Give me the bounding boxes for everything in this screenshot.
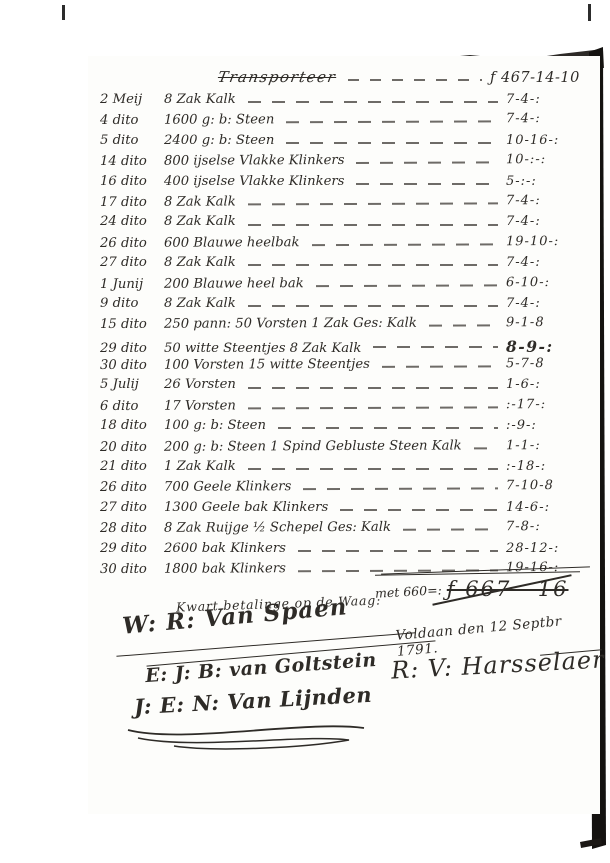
entry-description: 50 witte Steentjes 8 Zak Kalk <box>162 341 361 356</box>
entry-amount: 7-4-: <box>506 193 586 208</box>
entry-date: 4 dito <box>100 113 162 128</box>
entry-description: 1300 Geele bak Klinkers <box>162 500 328 515</box>
entry-amount: 9-1-8 <box>506 315 586 330</box>
ledger-row: 6 dito 17 Vorsten :-17-: <box>100 397 586 420</box>
entry-date: 29 dito <box>100 541 162 556</box>
entry-amount: 14-6-: <box>506 500 586 515</box>
entry-description: 2600 bak Klinkers <box>162 541 286 556</box>
entry-description: 8 Zak Kalk <box>162 194 236 209</box>
ledger-row: 5 dito 2400 g: b: Steen 10-16-: <box>100 133 586 153</box>
leader-dashes <box>348 79 482 81</box>
corner-tick-right <box>588 4 591 21</box>
total-prefix: met 660=: <box>375 582 442 600</box>
ledger-row: 4 dito 1600 g: b: Steen 7-4-: <box>100 111 586 134</box>
signature-van-lijnden: J: E: N: Van Lijnden <box>134 682 373 719</box>
ledger-row: 2 Meij 8 Zak Kalk 7-4-: <box>100 92 586 112</box>
transport-amount: ƒ 467-14-10 <box>490 70 586 86</box>
corner-mark-bottom-right <box>580 838 602 848</box>
leader-dashes <box>356 162 498 165</box>
entry-description: 700 Geele Klinkers <box>162 480 291 496</box>
ledger-page: Transporteer ƒ 467-14-10 2 Meij 8 Zak Ka… <box>88 56 600 814</box>
entry-amount: 7-8-: <box>506 519 586 534</box>
leader-dashes <box>382 366 498 369</box>
entry-amount: :-18-: <box>506 459 586 474</box>
leader-dashes <box>248 387 498 389</box>
entry-amount: 5-:-: <box>506 174 586 189</box>
leader-dashes <box>286 121 498 124</box>
leader-dashes <box>312 243 498 246</box>
entry-description: 1 Zak Kalk <box>162 459 236 474</box>
entry-date: 28 dito <box>100 521 162 536</box>
leader-dashes <box>356 183 498 185</box>
entry-amount: 10-16-: <box>506 133 586 148</box>
entry-description: 100 g: b: Steen <box>162 418 266 433</box>
leader-dashes <box>248 202 498 205</box>
ledger-row: 17 dito 8 Zak Kalk 7-4-: <box>100 193 586 216</box>
leader-dashes <box>474 447 498 449</box>
entry-date: 29 dito <box>100 341 162 356</box>
ledger-row: 18 dito 100 g: b: Steen :-9-: <box>100 418 586 438</box>
transport-row: Transporteer ƒ 467-14-10 <box>100 68 586 92</box>
leader-dashes <box>403 529 498 531</box>
entry-date: 30 dito <box>100 562 162 577</box>
ledger-row: 9 dito 8 Zak Kalk 7-4-: <box>100 296 586 316</box>
corner-tick-left <box>62 5 65 20</box>
ledger-row: 5 Julij 26 Vorsten 1-6-: <box>100 377 586 397</box>
entry-amount: 7-4-: <box>506 92 586 107</box>
entry-description: 1600 g: b: Steen <box>162 113 274 128</box>
ledger-row: 28 dito 8 Zak Ruijge ½ Schepel Ges: Kalk… <box>100 519 586 542</box>
entry-date: 1 Junij <box>100 276 162 291</box>
entry-date: 27 dito <box>100 255 162 270</box>
entry-amount: 7-4-: <box>506 255 586 270</box>
entry-description: 2400 g: b: Steen <box>162 133 274 148</box>
ledger-row: 14 dito 800 ijselse Vlakke Klinkers 10-:… <box>100 152 586 175</box>
entry-date: 17 dito <box>100 195 162 210</box>
transport-label: Transporteer <box>216 68 337 86</box>
entry-date: 18 dito <box>100 418 162 433</box>
leader-dashes <box>278 427 498 429</box>
leader-dashes <box>286 142 498 144</box>
ledger-row: 1 Junij 200 Blauwe heel bak 6-10-: <box>100 274 586 297</box>
entry-amount: 7-4-: <box>506 296 586 311</box>
entry-amount: 6-10-: <box>506 274 586 289</box>
signature-flourish <box>124 718 374 752</box>
ledger-row: 29 dito 2600 bak Klinkers 28-12-: <box>100 541 586 561</box>
entry-amount: 5-7-8 <box>506 356 586 371</box>
leader-dashes <box>303 488 498 491</box>
entry-description: 800 ijselse Vlakke Klinkers <box>162 153 345 169</box>
ledger-table: Transporteer ƒ 467-14-10 2 Meij 8 Zak Ka… <box>100 68 586 581</box>
entry-date: 14 dito <box>100 154 162 169</box>
entry-description: 100 Vorsten 15 witte Steentjes <box>162 357 370 373</box>
entry-date: 26 dito <box>100 480 162 495</box>
entry-amount: :-17-: <box>506 397 586 412</box>
ledger-row: 30 dito 100 Vorsten 15 witte Steentjes 5… <box>100 356 586 379</box>
entry-amount: 7-4-: <box>506 111 586 126</box>
entry-amount: 28-12-: <box>506 541 586 556</box>
entry-description: 8 Zak Kalk <box>162 92 236 107</box>
leader-dashes <box>248 224 498 226</box>
entry-date: 20 dito <box>100 439 162 454</box>
entry-amount: 7-4-: <box>506 214 586 229</box>
entry-amount: 1-6-: <box>506 377 586 392</box>
ledger-row: 24 dito 8 Zak Kalk 7-4-: <box>100 214 586 234</box>
entry-description: 1800 bak Klinkers <box>162 561 286 577</box>
entry-amount: 19-10-: <box>506 234 586 249</box>
ledger-row: 29 dito 50 witte Steentjes 8 Zak Kalk 8-… <box>100 337 586 357</box>
entry-date: 16 dito <box>100 174 162 189</box>
entry-description: 8 Zak Kalk <box>162 255 236 270</box>
entry-date: 24 dito <box>100 214 162 229</box>
leader-dashes <box>248 305 498 307</box>
entry-description: 250 pann: 50 Vorsten 1 Zak Ges: Kalk <box>162 316 417 332</box>
entry-date: 30 dito <box>100 358 162 373</box>
ledger-row: 27 dito 8 Zak Kalk 7-4-: <box>100 255 586 275</box>
entry-description: 200 Blauwe heel bak <box>162 276 304 292</box>
leader-dashes <box>340 509 498 511</box>
leader-dashes <box>429 325 498 327</box>
entry-date: 5 dito <box>100 133 162 148</box>
entry-amount: 7-10-8 <box>506 478 586 493</box>
ledger-row: 16 dito 400 ijselse Vlakke Klinkers 5-:-… <box>100 174 586 194</box>
leader-dashes <box>316 284 498 287</box>
entry-date: 9 dito <box>100 296 162 311</box>
entry-description: 8 Zak Kalk <box>162 214 236 229</box>
entry-date: 26 dito <box>100 236 162 251</box>
ledger-row: 27 dito 1300 Geele bak Klinkers 14-6-: <box>100 500 586 520</box>
total-amount-struck: ƒ 667 - 16 <box>447 577 569 601</box>
ledger-row: 26 dito 700 Geele Klinkers 7-10-8 <box>100 478 586 501</box>
entry-description: 8 Zak Ruijge ½ Schepel Ges: Kalk <box>162 520 391 536</box>
leader-dashes <box>248 406 498 409</box>
entry-description: 200 g: b: Steen 1 Spind Gebluste Steen K… <box>162 438 462 454</box>
entry-date: 27 dito <box>100 500 162 515</box>
total-block: met 660=: ƒ 667 - 16 <box>375 570 590 601</box>
entry-date: 15 dito <box>100 317 162 332</box>
leader-dashes <box>373 346 498 348</box>
leader-dashes <box>248 468 498 470</box>
leader-dashes <box>248 264 498 266</box>
ledger-row: 26 dito 600 Blauwe heelbak 19-10-: <box>100 234 586 257</box>
entry-date: 2 Meij <box>100 92 162 107</box>
ledger-row: 20 dito 200 g: b: Steen 1 Spind Gebluste… <box>100 438 586 461</box>
entry-amount-overwritten: 8-9-: <box>506 337 586 356</box>
entry-date: 6 dito <box>100 399 162 414</box>
entry-amount: 1-1-: <box>506 438 586 453</box>
entry-date: 5 Julij <box>100 377 162 392</box>
ledger-row: 21 dito 1 Zak Kalk :-18-: <box>100 459 586 479</box>
entry-description: 8 Zak Kalk <box>162 296 236 311</box>
ledger-row: 15 dito 250 pann: 50 Vorsten 1 Zak Ges: … <box>100 315 586 338</box>
entry-description: 17 Vorsten <box>162 398 236 413</box>
entry-description: 600 Blauwe heelbak <box>162 235 300 251</box>
entry-amount: 10-:-: <box>506 152 586 167</box>
leader-dashes <box>248 101 498 103</box>
entry-description: 400 ijselse Vlakke Klinkers <box>162 174 344 189</box>
entry-date: 21 dito <box>100 459 162 474</box>
leader-dashes <box>298 550 498 552</box>
total-line: met 660=: ƒ 667 - 16 <box>375 577 590 601</box>
entry-amount: :-9-: <box>506 418 586 433</box>
entry-description: 26 Vorsten <box>162 377 236 392</box>
